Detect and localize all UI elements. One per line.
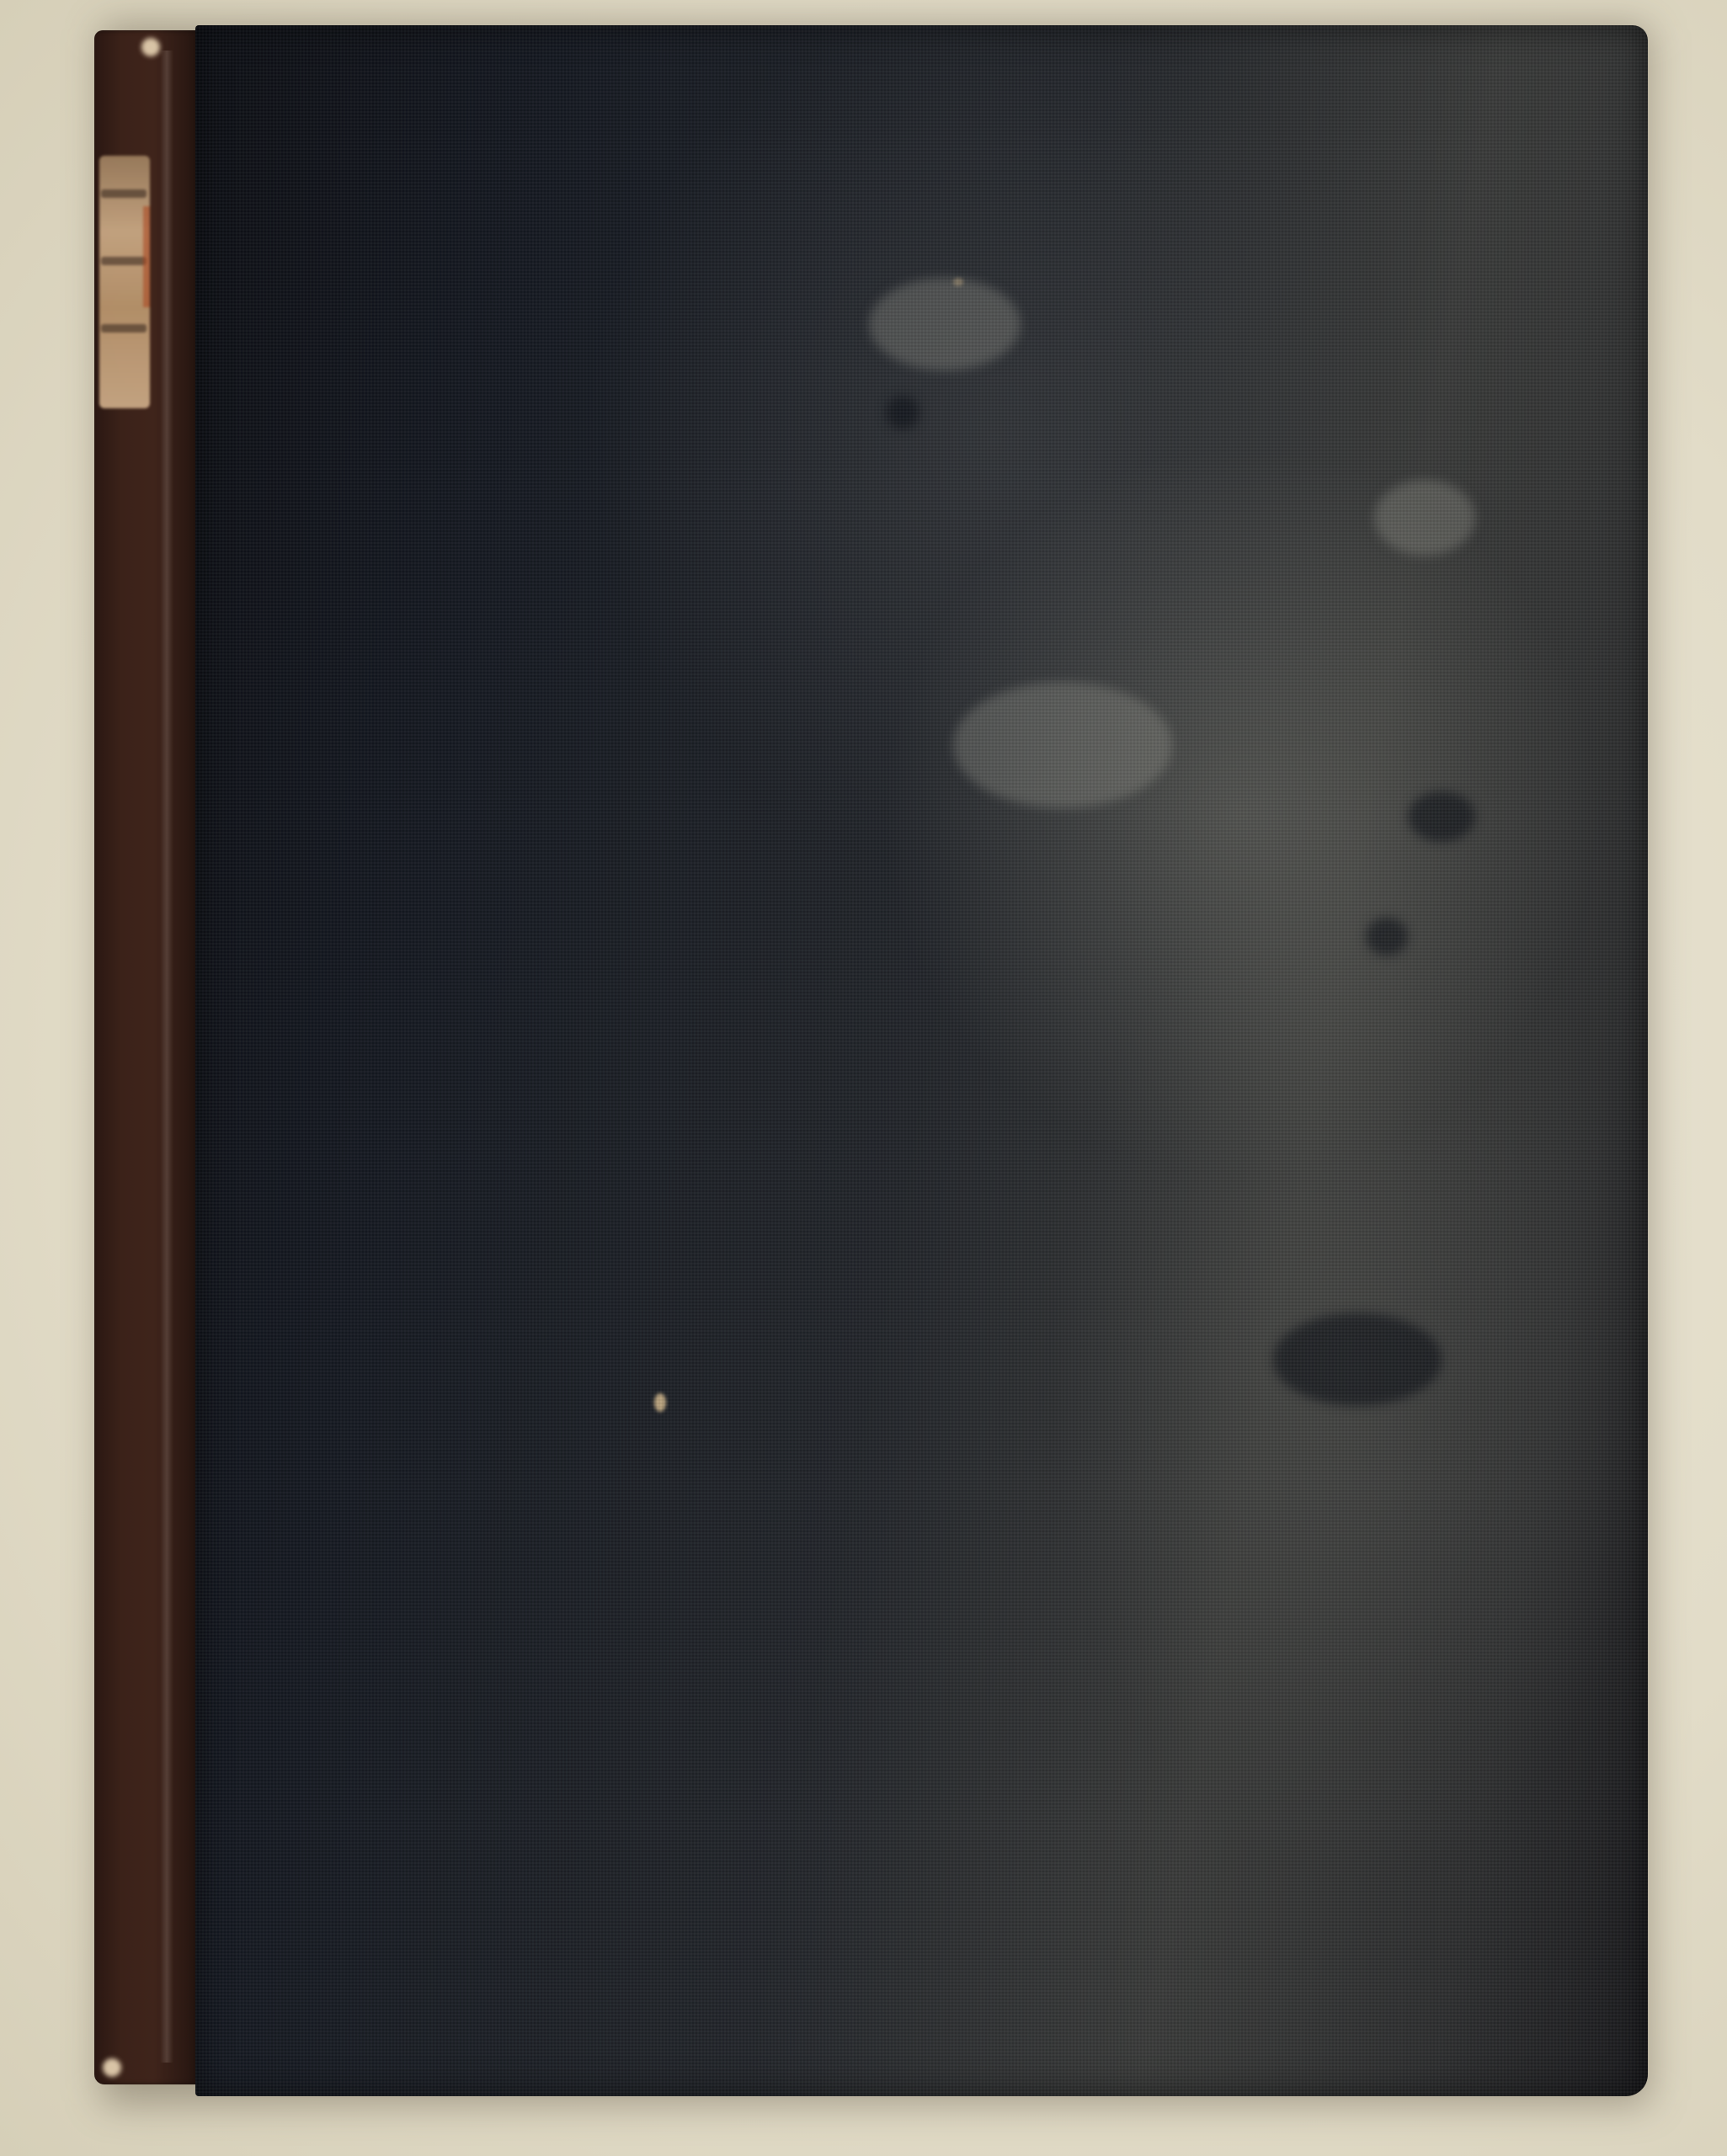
label-band (101, 324, 147, 333)
spine-label (99, 156, 150, 408)
label-band (101, 189, 147, 198)
spine-top-wear (141, 38, 160, 56)
light-patch (869, 278, 1021, 370)
scuff-mark (953, 278, 963, 286)
spine-bottom-wear (103, 2058, 121, 2077)
scuff-mark (654, 1393, 666, 1412)
dark-stain (1273, 1313, 1442, 1406)
dark-spot (886, 396, 919, 429)
label-band (101, 257, 147, 265)
dark-spot (1408, 791, 1475, 842)
light-patch (1374, 480, 1475, 556)
light-patch (953, 682, 1172, 808)
front-cover (195, 25, 1648, 2096)
spine-hinge (160, 51, 173, 2063)
label-red-accent (143, 206, 150, 307)
dark-spot (1366, 918, 1408, 956)
photo-scene (0, 0, 1727, 2156)
